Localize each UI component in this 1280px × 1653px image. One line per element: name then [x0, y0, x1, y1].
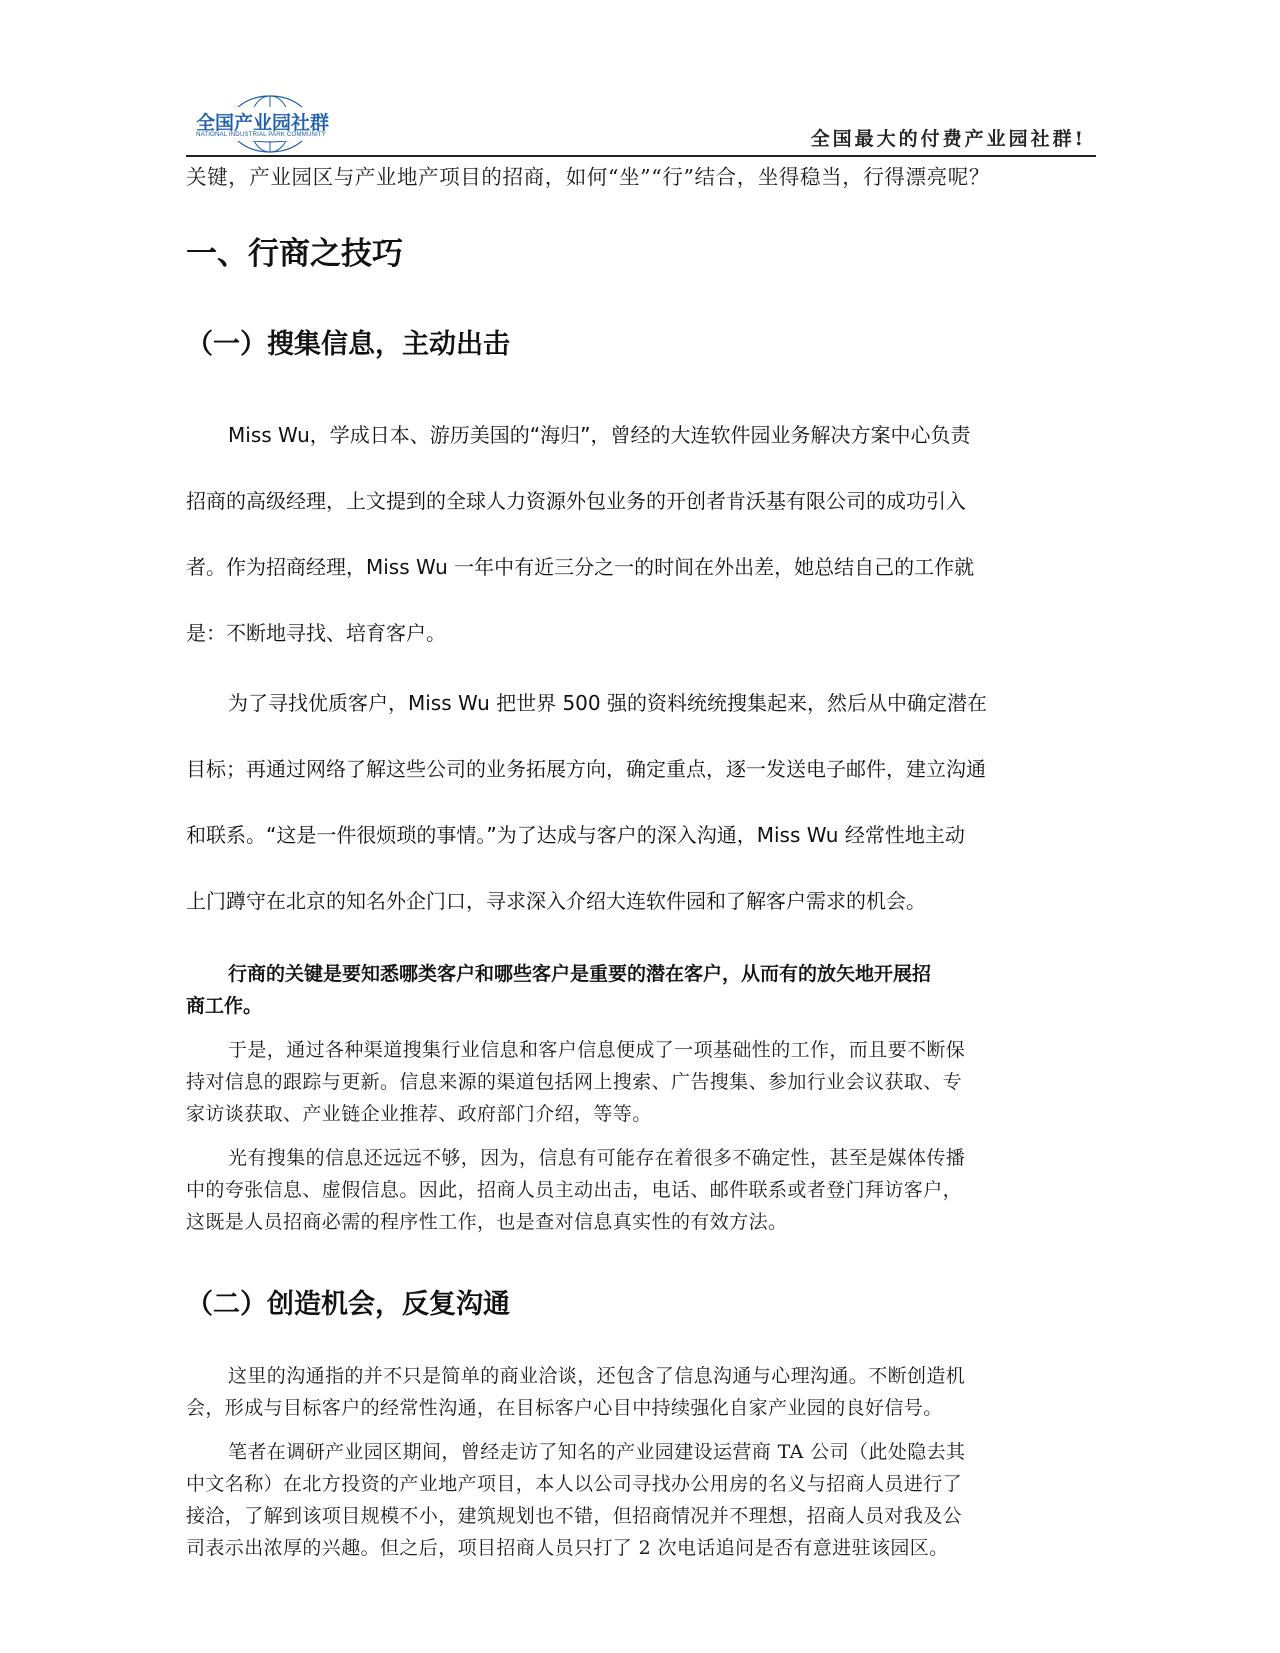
paragraph-line: 持对信息的跟踪与更新。信息来源的渠道包括网上搜索、广告搜集、参加行业会议获取、专: [186, 1066, 1041, 1098]
paragraph-line: 光有搜集的信息还远远不够，因为，信息有可能存在着很多不确定性，甚至是媒体传播: [186, 1142, 1041, 1174]
paragraph-line: 招商的高级经理，上文提到的全球人力资源外包业务的开创者肯沃基有限公司的成功引入: [186, 468, 1041, 534]
paragraph-line: 会，形成与目标客户的经常性沟通，在目标客户心目中持续强化自家产业园的良好信号。: [186, 1392, 1041, 1424]
section-heading: 一、行商之技巧: [186, 228, 1041, 273]
paragraph-miss-wu-intro: Miss Wu，学成日本、游历美国的“海归”，曾经的大连软件园业务解决方案中心负…: [186, 402, 1041, 666]
paragraph-line: 行商的关键是要知悉哪类客户和哪些客户是重要的潜在客户，从而有的放矢地开展招: [186, 958, 1041, 990]
paragraph-line: 于是，通过各种渠道搜集行业信息和客户信息便成了一项基础性的工作，而且要不断保: [186, 1034, 1041, 1066]
paragraph-info-channels: 于是，通过各种渠道搜集行业信息和客户信息便成了一项基础性的工作，而且要不断保 持…: [186, 1034, 1041, 1130]
paragraph-line: 这既是人员招商必需的程序性工作，也是查对信息真实性的有效方法。: [186, 1206, 1041, 1238]
paragraph-line: 为了寻找优质客户，Miss Wu 把世界 500 强的资料统统搜集起来，然后从中…: [186, 670, 1041, 736]
paragraph-line: 中文名称）在北方投资的产业地产项目，本人以公司寻找办公用房的名义与招商人员进行了: [186, 1468, 1041, 1500]
paragraph-communication: 这里的沟通指的并不只是简单的商业洽谈，还包含了信息沟通与心理沟通。不断创造机 会…: [186, 1360, 1041, 1424]
header-slogan: 全国最大的付费产业园社群!: [811, 124, 1086, 151]
paragraph-line: 接洽，了解到该项目规模不小，建筑规划也不错，但招商情况并不理想，招商人员对我及公: [186, 1500, 1041, 1532]
page-header: 全国产业园社群 NATIONAL INDUSTRIAL PARK COMMUNI…: [186, 92, 1096, 164]
lead-line: 关键，产业园区与产业地产项目的招商，如何“坐”“行”结合，坐得稳当，行得漂亮呢？: [186, 160, 1041, 190]
paragraph-line: 目标；再通过网络了解这些公司的业务拓展方向，确定重点，逐一发送电子邮件，建立沟通: [186, 736, 1041, 802]
document-page: 全国产业园社群 NATIONAL INDUSTRIAL PARK COMMUNI…: [0, 0, 1280, 1653]
paragraph-line: 这里的沟通指的并不只是简单的商业洽谈，还包含了信息沟通与心理沟通。不断创造机: [186, 1360, 1041, 1392]
paragraph-line: 是：不断地寻找、培育客户。: [186, 600, 1041, 666]
paragraph-line: 者。作为招商经理，Miss Wu 一年中有近三分之一的时间在外出差，她总结自己的…: [186, 534, 1041, 600]
logo: 全国产业园社群 NATIONAL INDUSTRIAL PARK COMMUNI…: [192, 94, 352, 154]
paragraph-line: 司表示出浓厚的兴趣。但之后，项目招商人员只打了 2 次电话追问是否有意进驻该园区…: [186, 1532, 1041, 1564]
paragraph-line: 家访谈获取、产业链企业推荐、政府部门介绍，等等。: [186, 1098, 1041, 1130]
paragraph-key-point: 行商的关键是要知悉哪类客户和哪些客户是重要的潜在客户，从而有的放矢地开展招 商工…: [186, 958, 1041, 1022]
paragraph-line: 商工作。: [186, 990, 1041, 1022]
header-divider: [186, 155, 1096, 157]
paragraph-line: 笔者在调研产业园区期间，曾经走访了知名的产业园建设运营商 TA 公司（此处隐去其: [186, 1436, 1041, 1468]
logo-english-text: NATIONAL INDUSTRIAL PARK COMMUNITY: [196, 131, 326, 138]
paragraph-verify-info: 光有搜集的信息还远远不够，因为，信息有可能存在着很多不确定性，甚至是媒体传播 中…: [186, 1142, 1041, 1238]
paragraph-line: Miss Wu，学成日本、游历美国的“海归”，曾经的大连软件园业务解决方案中心负…: [186, 402, 1041, 468]
paragraph-ta-company-case: 笔者在调研产业园区期间，曾经走访了知名的产业园建设运营商 TA 公司（此处隐去其…: [186, 1436, 1041, 1564]
subsection-heading-2: （二）创造机会，反复沟通: [186, 1282, 1041, 1321]
paragraph-line: 和联系。“这是一件很烦琐的事情。”为了达成与客户的深入沟通，Miss Wu 经常…: [186, 802, 1041, 868]
paragraph-line: 上门蹲守在北京的知名外企门口，寻求深入介绍大连软件园和了解客户需求的机会。: [186, 868, 1041, 934]
paragraph-line: 中的夸张信息、虚假信息。因此，招商人员主动出击，电话、邮件联系或者登门拜访客户，: [186, 1174, 1041, 1206]
subsection-heading-1: （一）搜集信息，主动出击: [186, 322, 1041, 361]
paragraph-finding-clients: 为了寻找优质客户，Miss Wu 把世界 500 强的资料统统搜集起来，然后从中…: [186, 670, 1041, 934]
